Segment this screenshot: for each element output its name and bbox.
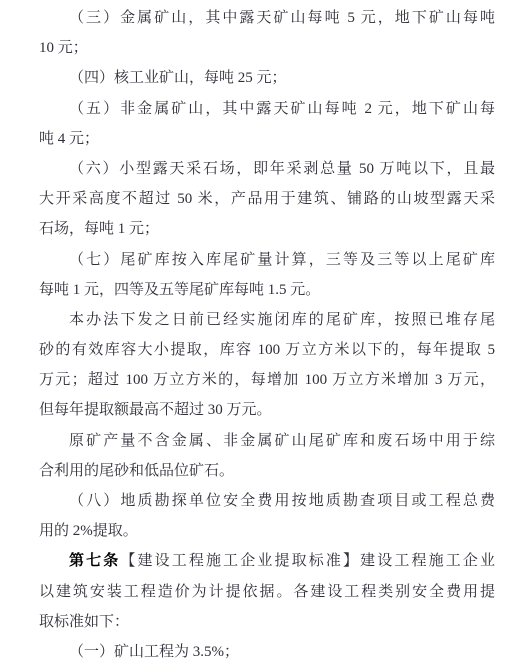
text-segment: （七）尾矿库按入库尾矿量计算，三等及三等以上尾矿库 bbox=[69, 252, 495, 268]
text-line: 本办法下发之日前已经实施闭库的尾矿库，按照已堆存尾 bbox=[39, 305, 495, 335]
text-line: 大开采高度不超过 50 米，产品用于建筑、铺路的山坡型露天采 bbox=[39, 184, 495, 214]
text-line: 以建筑安装工程造价为计提依据。各建设工程类别安全费用提 bbox=[39, 577, 495, 607]
text-segment: 合利用的尾砂和低品位矿石。 bbox=[39, 463, 234, 479]
text-segment: 用的 2%提取。 bbox=[39, 523, 138, 539]
document-text: （三）金属矿山，其中露天矿山每吨 5 元，地下矿山每吨10 元；（四）核工业矿山… bbox=[39, 3, 495, 667]
text-segment: （三）金属矿山，其中露天矿山每吨 5 元，地下矿山每吨 bbox=[69, 10, 495, 26]
text-segment: 【建设工程施工企业提取标准】建设工程施工企业 bbox=[120, 553, 495, 569]
text-line: （一）矿山工程为 3.5%； bbox=[39, 637, 495, 667]
text-line: 吨 4 元； bbox=[39, 124, 495, 154]
text-line: 取标准如下： bbox=[39, 607, 495, 637]
text-line: （八）地质勘探单位安全费用按地质勘查项目或工程总费 bbox=[39, 486, 495, 516]
text-line: （六）小型露天采石场，即年采剥总量 50 万吨以下，且最 bbox=[39, 154, 495, 184]
text-segment: 但每年提取额最高不超过 30 万元。 bbox=[39, 402, 272, 418]
text-line: 万元；超过 100 万立方米的，每增加 100 万立方米增加 3 万元， bbox=[39, 365, 495, 395]
text-segment: 原矿产量不含金属、非金属矿山尾矿库和废石场中用于综 bbox=[69, 433, 495, 449]
text-line: 原矿产量不含金属、非金属矿山尾矿库和废石场中用于综 bbox=[39, 426, 495, 456]
text-segment: 以建筑安装工程造价为计提依据。各建设工程类别安全费用提 bbox=[39, 584, 495, 600]
text-segment: 取标准如下： bbox=[39, 614, 129, 630]
text-line: 砂的有效库容大小提取，库容 100 万立方米以下的，每年提取 5 bbox=[39, 335, 495, 365]
text-segment: 每吨 1 元，四等及五等尾矿库每吨 1.5 元。 bbox=[39, 282, 320, 298]
document-page: （三）金属矿山，其中露天矿山每吨 5 元，地下矿山每吨10 元；（四）核工业矿山… bbox=[0, 0, 523, 669]
article-number-bold: 第七条 bbox=[69, 553, 120, 569]
text-segment: 万元；超过 100 万立方米的，每增加 100 万立方米增加 3 万元， bbox=[39, 372, 495, 388]
text-segment: （八）地质勘探单位安全费用按地质勘查项目或工程总费 bbox=[69, 493, 495, 509]
text-line: （四）核工业矿山，每吨 25 元； bbox=[39, 63, 495, 93]
text-segment: （五）非金属矿山，其中露天矿山每吨 2 元，地下矿山每 bbox=[69, 101, 495, 117]
text-segment: 本办法下发之日前已经实施闭库的尾矿库，按照已堆存尾 bbox=[69, 312, 495, 328]
text-line: （七）尾矿库按入库尾矿量计算，三等及三等以上尾矿库 bbox=[39, 245, 495, 275]
text-segment: 10 元； bbox=[39, 40, 88, 56]
text-line: （五）非金属矿山，其中露天矿山每吨 2 元，地下矿山每 bbox=[39, 94, 495, 124]
text-segment: 石场，每吨 1 元； bbox=[39, 221, 159, 237]
text-segment: 砂的有效库容大小提取，库容 100 万立方米以下的，每年提取 5 bbox=[39, 342, 495, 358]
text-segment: （一）矿山工程为 3.5%； bbox=[69, 644, 239, 660]
text-line: 用的 2%提取。 bbox=[39, 516, 495, 546]
text-segment: （六）小型露天采石场，即年采剥总量 50 万吨以下，且最 bbox=[69, 161, 495, 177]
text-segment: 大开采高度不超过 50 米，产品用于建筑、铺路的山坡型露天采 bbox=[39, 191, 495, 207]
text-line: 合利用的尾砂和低品位矿石。 bbox=[39, 456, 495, 486]
text-line: 10 元； bbox=[39, 33, 495, 63]
text-line: （三）金属矿山，其中露天矿山每吨 5 元，地下矿山每吨 bbox=[39, 3, 495, 33]
text-segment: 吨 4 元； bbox=[39, 131, 99, 147]
text-segment: （四）核工业矿山，每吨 25 元； bbox=[69, 70, 287, 86]
text-line: 石场，每吨 1 元； bbox=[39, 214, 495, 244]
text-line: 第七条【建设工程施工企业提取标准】建设工程施工企业 bbox=[39, 546, 495, 576]
text-line: 每吨 1 元，四等及五等尾矿库每吨 1.5 元。 bbox=[39, 275, 495, 305]
text-line: 但每年提取额最高不超过 30 万元。 bbox=[39, 395, 495, 425]
